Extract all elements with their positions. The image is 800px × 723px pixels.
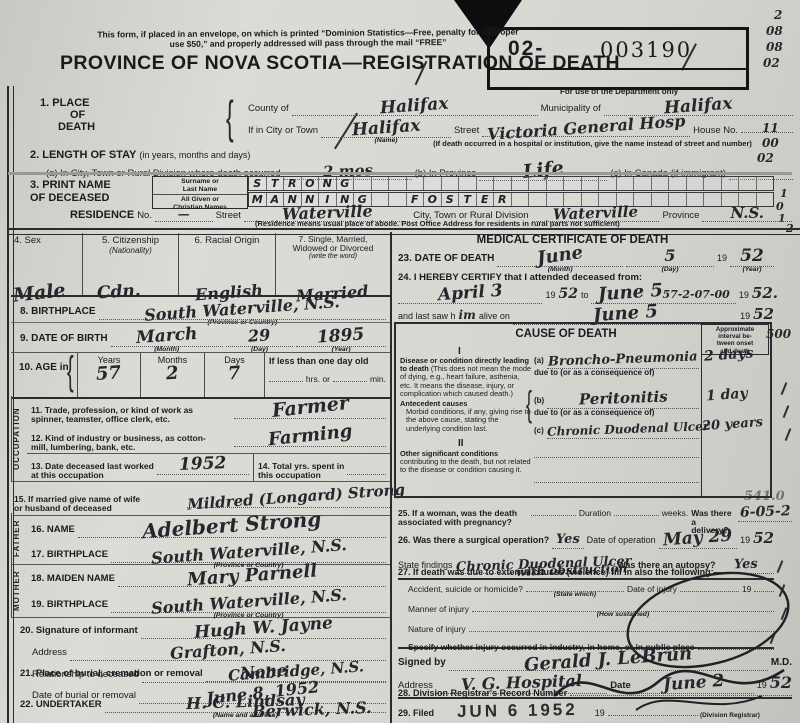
other-conditions-line	[534, 457, 699, 458]
cause-a-field: Broncho-Pneumonia	[547, 350, 699, 369]
age-min-label: min.	[370, 374, 386, 384]
nature-label: Nature of injury	[408, 624, 466, 634]
registrar-caption: (Division Registrar)	[700, 712, 760, 719]
pen-tick	[779, 584, 785, 597]
age-years-value: 57	[96, 364, 122, 384]
cause-antecedent: Antecedent causes Morbid conditions, if …	[400, 400, 532, 433]
residence-no-label: No.	[137, 210, 152, 221]
last-seen-label2: alive on	[479, 311, 510, 321]
age-months-cell: Months 2	[141, 353, 205, 397]
mother-name-value: Mary Parnell	[186, 562, 317, 589]
county-label: County of	[248, 103, 289, 114]
informant-signature-row: 20. Signature of informant Hugh W. Jayne	[20, 620, 386, 639]
residence-province-value: N.S.	[730, 206, 764, 221]
signed-row: Signed by Gerald J. LeBrun M.D.	[398, 651, 792, 671]
cause-c-label: (c)	[534, 426, 544, 435]
last-seen-year: 52	[753, 307, 774, 322]
father-birthplace-label: 17. BIRTHPLACE	[31, 549, 108, 560]
birthplace-field: South Waterville, N.S.(Province or Count…	[99, 301, 386, 320]
birthplace-label: 8. BIRTHPLACE	[20, 306, 96, 317]
certify-to-field: June 557-2-07-00	[591, 284, 735, 304]
citizenship-value: Cdn.	[96, 282, 141, 302]
house-no-label: House No.	[693, 125, 738, 136]
last-worked-label: 13. Date deceased last worked at this oc…	[31, 462, 154, 479]
manner-row: Manner of injury (How sustained)	[398, 604, 774, 614]
length-of-stay-sub: (in years, months and days)	[139, 150, 250, 160]
undertaker-label: 22. UNDERTAKER	[20, 699, 102, 710]
county-value: Halifax	[380, 96, 449, 118]
street-field: Victoria General Hosp	[482, 120, 690, 137]
informant-address-value: Grafton, N.S.	[170, 638, 287, 662]
racial-origin-box: 6. Racial Origin English	[179, 233, 276, 295]
age-days-cell: Days 7	[205, 353, 265, 397]
cause-b-row: (b) Peritonitis	[534, 390, 699, 409]
external-causes-section: 27. If death was due to external causes …	[398, 567, 774, 649]
cause-title: CAUSE OF DEATH	[436, 328, 696, 340]
dod-day-field: 5(Day)	[626, 248, 714, 267]
column-divider	[390, 232, 392, 723]
spouse-row: 15. If married give name of wife or husb…	[14, 489, 390, 516]
residence-label: RESIDENCE	[70, 209, 134, 221]
undertaker-address-value: Berwick, N.S.	[252, 700, 372, 720]
certify-dates-row: April 3 19 52 to June 557-2-07-00 19 52.	[398, 284, 778, 304]
cause-b-label: (b)	[534, 396, 544, 405]
age-months-value: 2	[166, 365, 180, 384]
cause-due2: due to (or as a consequence of)	[534, 408, 654, 417]
dob-day: 29	[248, 327, 271, 345]
citizenship-label: 5. Citizenship	[86, 235, 175, 246]
sex-label: 4. Sex	[14, 235, 79, 246]
pregnancy-label: 25. If a woman, was the death associated…	[398, 509, 528, 526]
place-city-row: If in City or Town Halifax(Name) Street …	[248, 120, 793, 138]
father-vertical-label: FATHER	[11, 513, 27, 564]
father-name-field: Adelbert Strong	[78, 515, 386, 538]
age-section: 10. AGE in { Years 57 Months 2 Days 7 If…	[11, 352, 390, 399]
cause-of-death-box: Approximate interval be- tween onset and…	[394, 322, 772, 498]
father-birthplace-field: South Waterville, N.S.(Province or Count…	[111, 544, 386, 563]
cause-roman-two: II	[458, 438, 464, 449]
certify-from-field: April 3	[398, 285, 542, 304]
cause-description-2: Other significant conditions contributin…	[400, 450, 532, 475]
place-county-row: County of Halifax Municipality of Halifa…	[248, 98, 793, 116]
margin-code: 2	[774, 9, 782, 21]
pen-tick	[781, 382, 787, 395]
print-name-label: 3. PRINT NAME OF DECEASED	[30, 179, 111, 205]
city-field: Halifax(Name)	[321, 120, 451, 138]
spouse-field: Mildred (Longard) Strong	[187, 489, 390, 508]
last-worked-value: 1952	[179, 455, 227, 474]
informant-address-label: Address	[32, 647, 67, 658]
marital-sublabel: (write the word)	[279, 253, 387, 260]
age-years-cell: Years 57	[77, 353, 141, 397]
margin-code: 08	[766, 41, 783, 53]
place-of-death-label: 1. PLACE OF DEATH	[40, 97, 155, 133]
marital-status-box: 7. Single, Married, Widowed or Divorced …	[276, 233, 390, 295]
accident-field: (State which)	[526, 591, 624, 592]
birthplace-row: 8. BIRTHPLACE South Waterville, N.S.(Pro…	[20, 301, 386, 320]
cause-b-value: Peritonitis	[579, 389, 668, 407]
residence-no-value: —	[178, 208, 190, 220]
operation-date-field: May 29	[659, 530, 737, 549]
serial-stamp-box: 02- 003190	[487, 27, 749, 90]
father-name-row: 16. NAME Adelbert Strong	[31, 515, 386, 538]
margin-code: 1	[780, 188, 788, 199]
age-hrs-label: hrs. or	[306, 374, 330, 384]
informant-field: Hugh W. Jayne	[141, 620, 386, 639]
accident-row: Accident, suicide or homicide? (State wh…	[398, 584, 774, 594]
residence-province-label: Province	[662, 210, 699, 221]
margin-code: 02	[763, 57, 780, 69]
municipality-field: Halifax	[604, 98, 793, 116]
filed-date-stamp: JUN 6 1952	[457, 700, 578, 722]
age-label-cell: 10. AGE in {	[11, 353, 77, 397]
total-years-cell: 14. Total yrs. spent in this occupation	[254, 454, 390, 481]
signed-by-field: Gerald J. LeBrun	[449, 651, 768, 671]
cause-a-row: (a) Broncho-Pneumonia	[534, 350, 699, 369]
date-of-death-row: 23. DATE OF DEATH June(Month) 5(Day) 19 …	[398, 247, 774, 267]
mother-birthplace-row: 19. BIRTHPLACE South Waterville, N.S.(Pr…	[31, 594, 386, 613]
dob-year-field: 1895(Year)	[296, 328, 386, 347]
mother-birthplace-label: 19. BIRTHPLACE	[31, 599, 108, 610]
rule	[11, 322, 390, 323]
death-registration-form: This form, if placed in an envelope, on …	[0, 0, 800, 723]
cause-due1: due to (or as a consequence of)	[534, 368, 654, 377]
trade-label: 11. Trade, profession, or kind of work a…	[31, 406, 231, 423]
father-section: FATHER 16. NAME Adelbert Strong 17. BIRT…	[11, 513, 390, 565]
dod-year-field: 52(Year)	[730, 248, 774, 267]
accident-label: Accident, suicide or homicide?	[408, 584, 523, 594]
surname-sublabel: Surname or Last Name	[153, 177, 247, 193]
stamp-box-line	[490, 68, 746, 70]
certify-to-label: to	[581, 290, 589, 300]
certify-code: 57-2-07-00	[663, 289, 730, 300]
occupation-vertical-label: OCCUPATION	[11, 396, 27, 481]
municipality-label: Municipality of	[541, 103, 601, 114]
cause-description-1: Disease or condition directly leading to…	[400, 357, 532, 398]
occupation-industry-row: 12. Kind of industry or business, as cot…	[27, 425, 390, 453]
manner-field: (How sustained)	[472, 611, 774, 612]
last-seen-him: im	[459, 309, 476, 321]
dept-caption: For use of the Department only	[560, 87, 678, 96]
industry-value: Farming	[267, 423, 353, 450]
dod-month-field: June(Month)	[497, 247, 623, 267]
trade-value: Farmer	[271, 394, 350, 421]
other-conditions-line	[534, 482, 699, 483]
citizenship-sublabel: (Nationality)	[86, 246, 175, 255]
residence-province-field: N.S.	[702, 206, 792, 222]
father-birthplace-row: 17. BIRTHPLACE South Waterville, N.S.(Pr…	[31, 544, 386, 563]
serial-number: 003190	[600, 38, 692, 62]
date-of-birth-row: 9. DATE OF BIRTH March(Month) 29(Day) 18…	[20, 328, 386, 347]
dob-year: 1895	[317, 326, 365, 346]
record-number-row: 28. Division Registrar's Record Number	[398, 688, 792, 698]
burial-place-row: 21. Place of burial, cremation or remova…	[20, 663, 386, 682]
house-no-field	[741, 132, 793, 133]
racial-origin-label: 6. Racial Origin	[182, 235, 272, 246]
informant-address-row: Address Grafton, N.S.	[20, 642, 386, 661]
total-years-field	[347, 456, 386, 475]
informant-label: 20. Signature of informant	[20, 625, 138, 636]
nature-row: Nature of injury	[398, 624, 774, 634]
marital-label2: Widowed or Divorced	[279, 244, 387, 253]
record-number-label: 28. Division Registrar's Record Number	[398, 688, 567, 698]
delivery-field: 6-05-2	[738, 503, 792, 522]
mother-vertical-label: MOTHER	[11, 565, 27, 617]
residence-no-field: —	[155, 208, 213, 222]
father-name-value: Adelbert Strong	[142, 509, 322, 541]
cause-a-label: (a)	[534, 356, 544, 365]
length-of-stay-label: 2. LENGTH OF STAY	[30, 149, 136, 161]
filed-label: 29. Filed	[398, 708, 434, 718]
cause-c-row: (c) Chronic Duodenal Ulcer	[534, 420, 699, 439]
total-years-label: 14. Total yrs. spent in this occupation	[258, 462, 344, 479]
brace: {	[526, 386, 532, 422]
operation-date-value: May 29	[663, 528, 733, 550]
duration-label: Duration	[579, 508, 611, 518]
industry-label: 12. Kind of industry or business, as cot…	[31, 434, 231, 451]
personal-boxes: 4. Sex Male 5. Citizenship (Nationality)…	[11, 233, 390, 297]
mother-name-label: 18. MAIDEN NAME	[31, 573, 115, 584]
operation-answer: Yes	[556, 533, 580, 546]
city-label: If in City or Town	[248, 125, 318, 136]
operation-label: 26. Was there a surgical operation?	[398, 535, 549, 545]
certify-from-year: 52	[558, 287, 577, 301]
length-of-stay-label-row: 2. LENGTH OF STAY (in years, months and …	[30, 149, 250, 161]
spouse-label: 15. If married give name of wife or husb…	[14, 495, 184, 512]
certify-to-year: 52.	[752, 286, 778, 301]
operation-date-label: Date of operation	[587, 535, 656, 545]
signed-by-label: Signed by	[398, 657, 446, 668]
age-less-cell: If less than one day old hrs. or min.	[265, 353, 390, 397]
gray-band	[8, 172, 792, 175]
manner-label: Manner of injury	[408, 604, 469, 614]
dob-month-field: March(Month)	[111, 328, 223, 347]
last-worked-cell: 13. Date deceased last worked at this oc…	[27, 454, 254, 481]
pen-tick	[783, 405, 789, 418]
margin-code: 08	[766, 25, 783, 37]
operation-answer-field: Yes	[552, 530, 583, 549]
cause-c-field: Chronic Duodenal Ulcer	[547, 420, 699, 439]
injury-date-label: Date of injury	[627, 584, 677, 594]
cause-b-interval: 1 day	[706, 387, 749, 404]
county-field: Halifax	[292, 98, 538, 116]
cause-a-value: Broncho-Pneumonia	[548, 350, 698, 368]
serial-prefix: 02-	[508, 37, 544, 61]
age-label: 10. AGE in	[19, 362, 69, 373]
external-causes-label: 27. If death was due to external causes …	[398, 567, 774, 577]
hospital-note: (If death occurred in a hospital or inst…	[390, 139, 795, 148]
dod-label: 23. DATE OF DEATH	[398, 253, 494, 264]
delivery-code: 6-05-2	[740, 504, 791, 520]
cause-b-field: Peritonitis	[547, 390, 699, 409]
brace: {	[226, 94, 234, 140]
operation-year: 52	[753, 531, 774, 546]
md-label: M.D.	[771, 657, 792, 668]
mother-name-field: Mary Parnell	[118, 567, 386, 587]
dob-label: 9. DATE OF BIRTH	[20, 333, 108, 344]
sex-box: 4. Sex Male	[11, 233, 83, 295]
age-days-value: 7	[228, 365, 242, 384]
filed-row: 29. Filed JUN 6 1952 19	[398, 701, 698, 721]
brace: {	[67, 351, 74, 391]
mother-section: MOTHER 18. MAIDEN NAME Mary Parnell 19. …	[11, 565, 390, 618]
cause-c-value: Chronic Duodenal Ulcer	[547, 420, 709, 438]
last-worked-field: 1952	[157, 456, 249, 475]
pen-tick	[785, 428, 791, 441]
weeks-label: weeks.	[662, 508, 688, 518]
burial-place-label: 21. Place of burial, cremation or remova…	[20, 668, 203, 679]
residence-street-label: Street	[216, 210, 241, 221]
dod-year: 52	[740, 248, 764, 265]
pen-tick	[777, 560, 783, 573]
cause-a-interval: 2 days	[704, 346, 754, 363]
occupation-dates-row: 13. Date deceased last worked at this oc…	[27, 453, 390, 481]
last-seen-label1: and last saw h	[398, 311, 456, 321]
certify-label: 24. I HEREBY CERTIFY that I attended dec…	[398, 272, 642, 283]
mother-birthplace-field: South Waterville, N.S.(Province or Count…	[111, 594, 386, 613]
certify-from-value: April 3	[437, 283, 503, 304]
citizenship-box: 5. Citizenship (Nationality) Cdn.	[83, 233, 179, 295]
dob-day-field: 29(Day)	[226, 328, 293, 347]
dod-month: June	[536, 244, 584, 268]
age-less-label: If less than one day old	[269, 356, 386, 366]
industry-field: Farming	[234, 427, 386, 447]
occupation-section: OCCUPATION 11. Trade, profession, or kin…	[11, 396, 390, 482]
operation-row: 26. Was there a surgical operation? Yes …	[398, 530, 774, 549]
dod-day: 5	[664, 248, 675, 264]
trade-field: Farmer	[234, 398, 386, 419]
cause-c-interval: 20 years	[702, 416, 764, 433]
pen-tick	[781, 607, 787, 620]
occupation-trade-row: 11. Trade, profession, or kind of work a…	[27, 396, 390, 425]
father-name-label: 16. NAME	[31, 524, 75, 535]
mailing-notice: This form, if placed in an envelope, on …	[75, 26, 541, 49]
dob-month: March	[135, 326, 198, 347]
street-label: Street	[454, 125, 479, 136]
mother-name-row: 18. MAIDEN NAME Mary Parnell	[31, 567, 386, 587]
residence-note: (Residence means usual place of abode. P…	[255, 219, 620, 228]
surname-letter-grid: STRONG	[248, 176, 774, 191]
